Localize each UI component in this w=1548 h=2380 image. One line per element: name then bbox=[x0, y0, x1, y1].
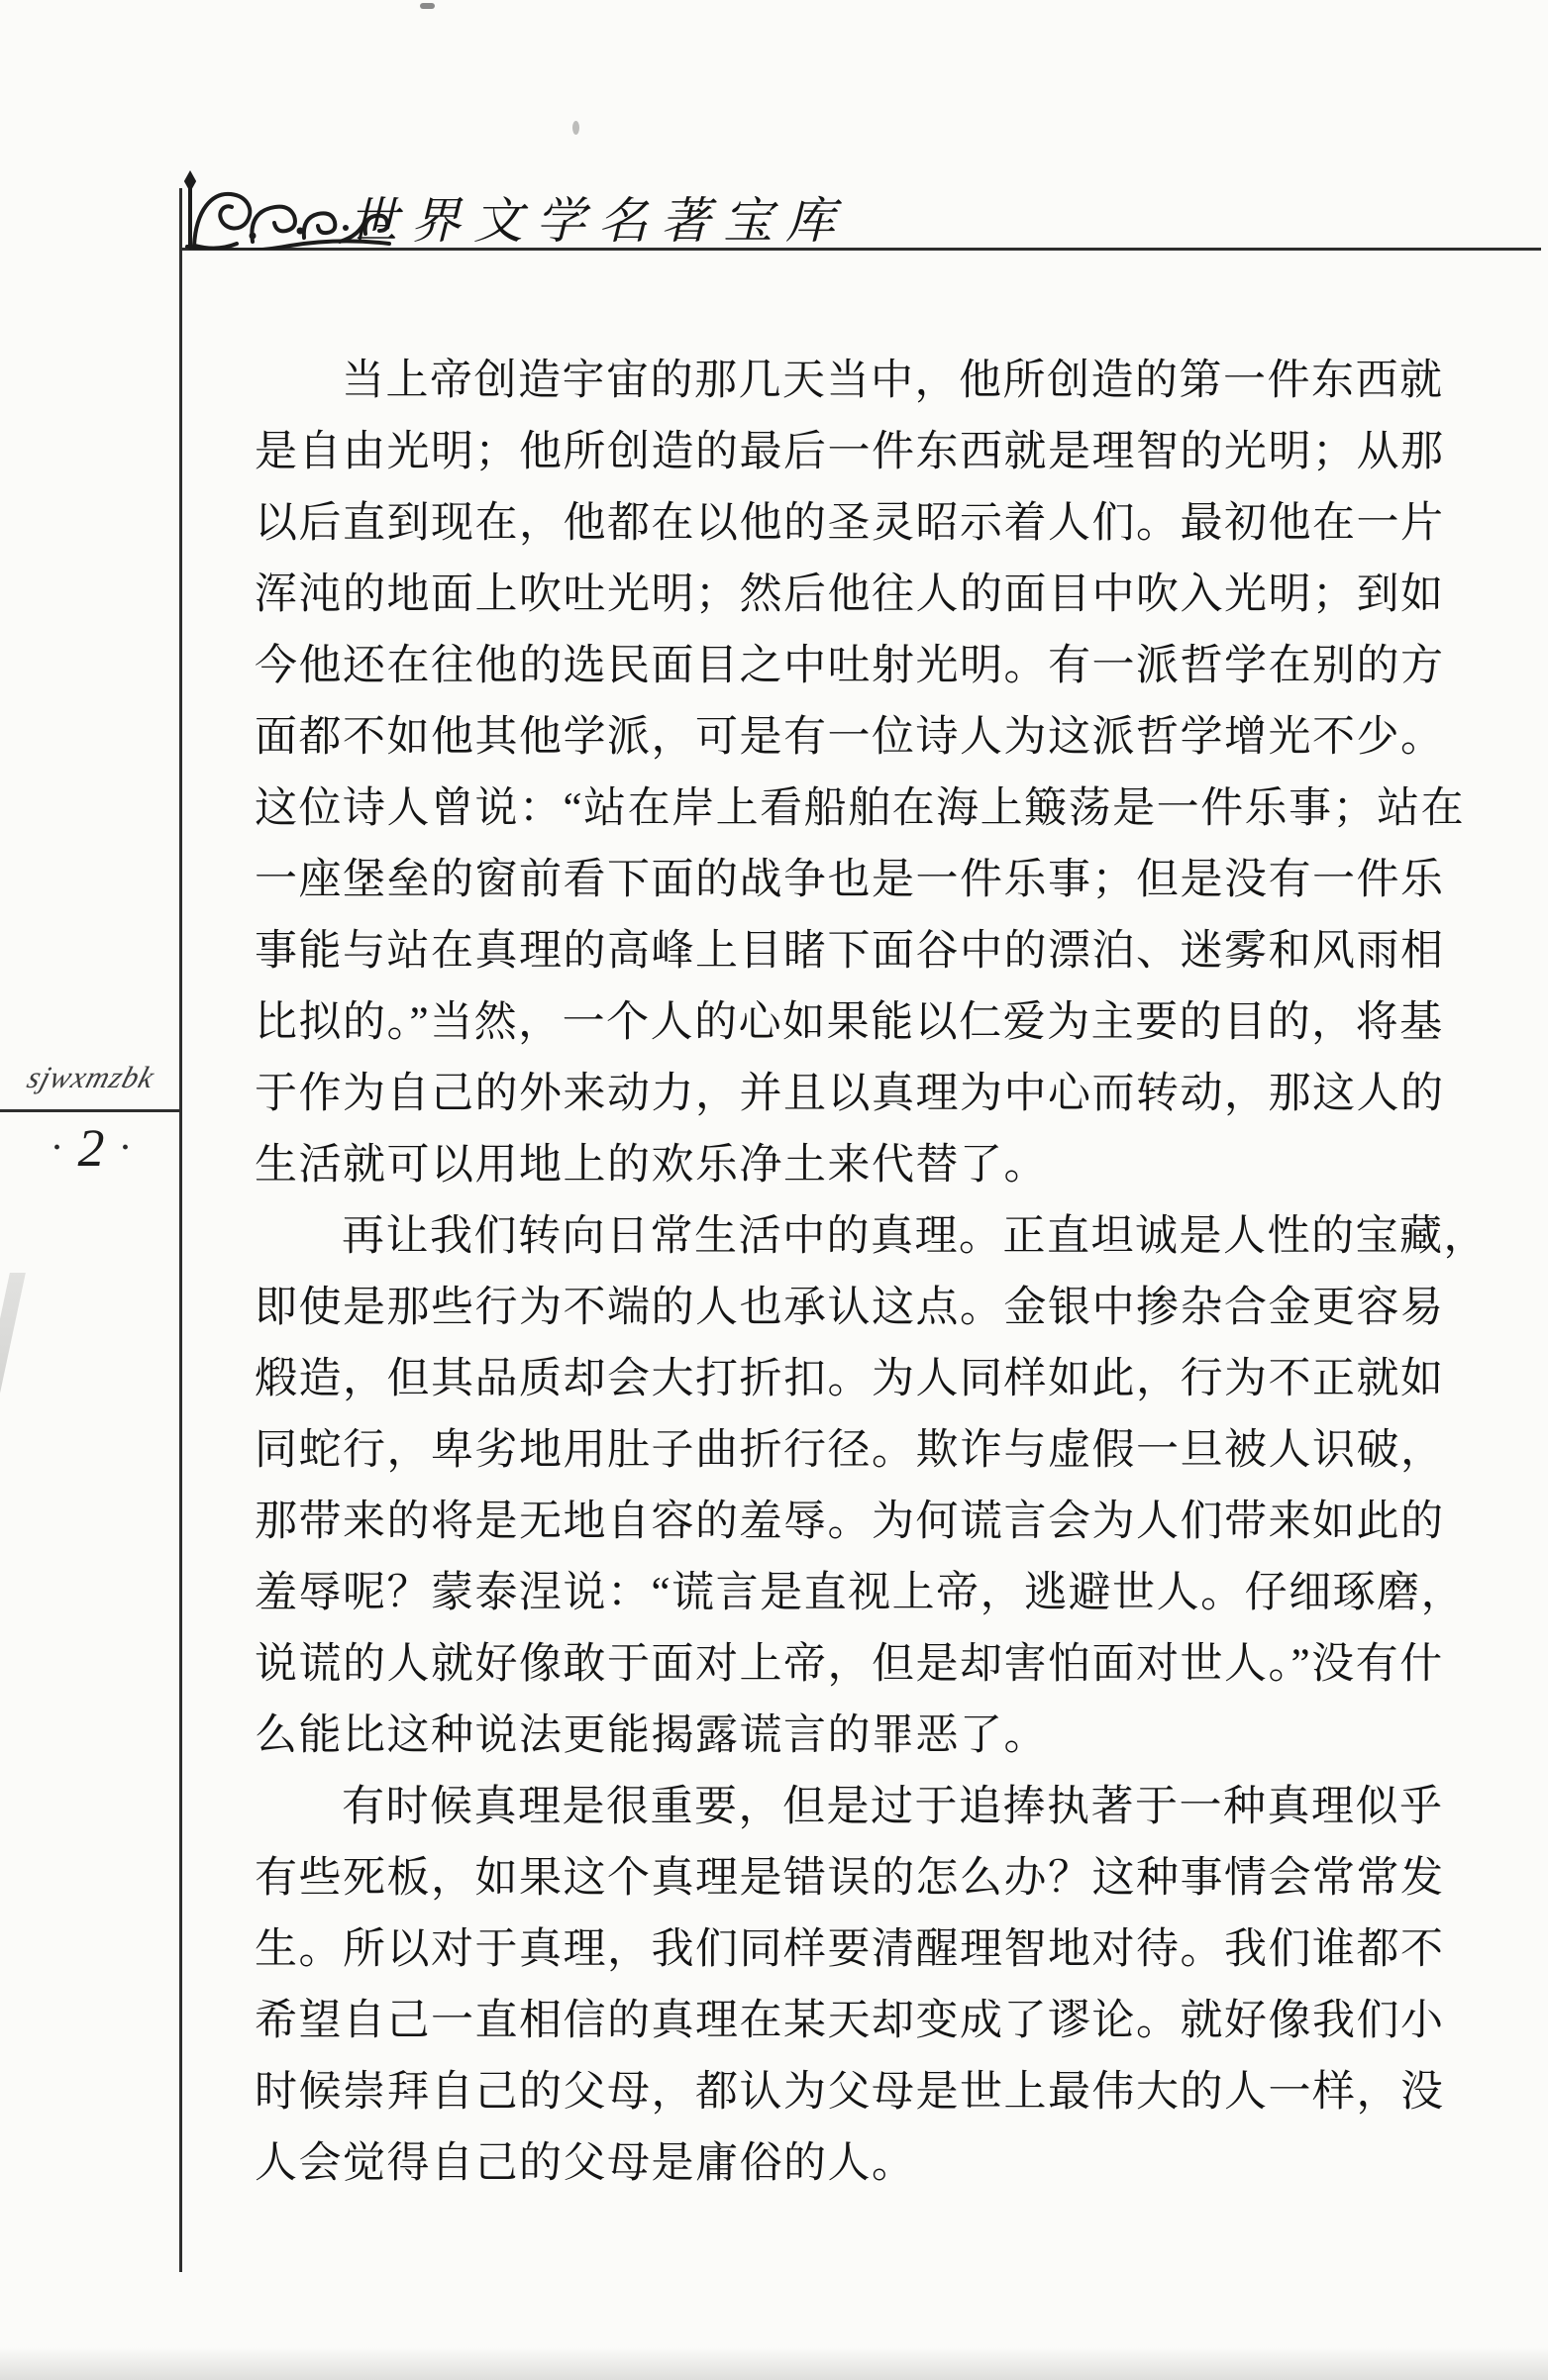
paragraph: 再让我们转向日常生活中的真理。正直坦诚是人性的宝藏， 即使是那些行为不端的人也承… bbox=[255, 1201, 1439, 1772]
text-line: 以后直到现在，他都在以他的圣灵昭示着人们。最初他在一片 bbox=[255, 488, 1439, 560]
paragraph: 有时候真理是很重要，但是过于追捧执著于一种真理似乎 有些死板，如果这个真理是错误… bbox=[255, 1772, 1439, 2200]
text-line: 一座堡垒的窗前看下面的战争也是一件乐事；但是没有一件乐 bbox=[255, 845, 1439, 916]
text-line: 希望自己一直相信的真理在某天却变成了谬论。就好像我们小 bbox=[255, 1986, 1439, 2057]
text-line: 羞辱呢？蒙泰涅说：“谎言是直视上帝，逃避世人。仔细琢磨， bbox=[255, 1558, 1439, 1629]
text-line: 生活就可以用地上的欢乐净土来代替了。 bbox=[255, 1130, 1439, 1201]
text-line: 时候崇拜自己的父母，都认为父母是世上最伟大的人一样，没 bbox=[255, 2057, 1439, 2128]
text-line: 同蛇行，卑劣地用肚子曲折行径。欺诈与虚假一旦被人识破， bbox=[255, 1415, 1439, 1487]
body-text: 当上帝创造宇宙的那几天当中，他所创造的第一件东西就 是自由光明；他所创造的最后一… bbox=[255, 346, 1439, 2200]
text-line: 么能比这种说法更能揭露谎言的罪恶了。 bbox=[255, 1701, 1439, 1772]
series-title: 世界文学名著宝库 bbox=[349, 190, 848, 252]
text-line: 说谎的人就好像敢于面对上帝，但是却害怕面对世人。”没有什 bbox=[255, 1629, 1439, 1701]
text-line: 那带来的将是无地自容的羞辱。为何谎言会为人们带来如此的 bbox=[255, 1487, 1439, 1558]
text-line: 面都不如他其他学派，可是有一位诗人为这派哲学增光不少。 bbox=[255, 702, 1439, 774]
page-number: 2 bbox=[78, 1121, 105, 1175]
text-line: 浑沌的地面上吹吐光明；然后他往人的面目中吹入光明；到如 bbox=[255, 560, 1439, 631]
margin-rule bbox=[0, 1109, 182, 1112]
series-code-label: sjwxmzbk bbox=[0, 1056, 184, 1099]
page-number-dot-right: · bbox=[121, 1133, 131, 1163]
text-line: 于作为自己的外来动力，并且以真理为中心而转动，那这人的 bbox=[255, 1059, 1439, 1130]
text-line: 是自由光明；他所创造的最后一件东西就是理智的光明；从那 bbox=[255, 417, 1439, 488]
scan-edge-shadow bbox=[0, 2347, 1548, 2380]
left-border-rule bbox=[179, 188, 182, 2272]
text-line: 人会觉得自己的父母是庸俗的人。 bbox=[255, 2128, 1439, 2200]
page-number-dot-left: · bbox=[52, 1133, 61, 1163]
scan-artifact-dash bbox=[420, 3, 435, 9]
text-line: 生。所以对于真理，我们同样要清醒理智地对待。我们谁都不 bbox=[255, 1914, 1439, 1986]
text-line: 煅造，但其品质却会大打折扣。为人同样如此，行为不正就如 bbox=[255, 1344, 1439, 1415]
scanned-book-page: 世界文学名著宝库 sjwxmzbk · 2 · 当上帝创造宇宙的那几天当中，他所… bbox=[0, 0, 1548, 2380]
page-number-row: · 2 · bbox=[0, 1115, 182, 1181]
text-line: 事能与站在真理的高峰上目睹下面谷中的漂泊、迷雾和风雨相 bbox=[255, 916, 1439, 987]
text-line: 今他还在往他的选民面目之中吐射光明。有一派哲学在别的方 bbox=[255, 631, 1439, 702]
scan-artifact-dot bbox=[572, 121, 579, 135]
paragraph: 当上帝创造宇宙的那几天当中，他所创造的第一件东西就 是自由光明；他所创造的最后一… bbox=[255, 346, 1439, 1201]
text-line: 有些死板，如果这个真理是错误的怎么办？这种事情会常常发 bbox=[255, 1843, 1439, 1914]
scan-artifact-smudge bbox=[0, 1273, 26, 1411]
text-line: 比拟的。”当然，一个人的心如果能以仁爱为主要的目的，将基 bbox=[255, 987, 1439, 1059]
text-line: 再让我们转向日常生活中的真理。正直坦诚是人性的宝藏， bbox=[255, 1201, 1439, 1273]
text-line: 有时候真理是很重要，但是过于追捧执著于一种真理似乎 bbox=[255, 1772, 1439, 1843]
text-line: 当上帝创造宇宙的那几天当中，他所创造的第一件东西就 bbox=[255, 346, 1439, 417]
text-line: 这位诗人曾说：“站在岸上看船舶在海上簸荡是一件乐事；站在 bbox=[255, 774, 1439, 845]
text-line: 即使是那些行为不端的人也承认这点。金银中掺杂合金更容易 bbox=[255, 1273, 1439, 1344]
